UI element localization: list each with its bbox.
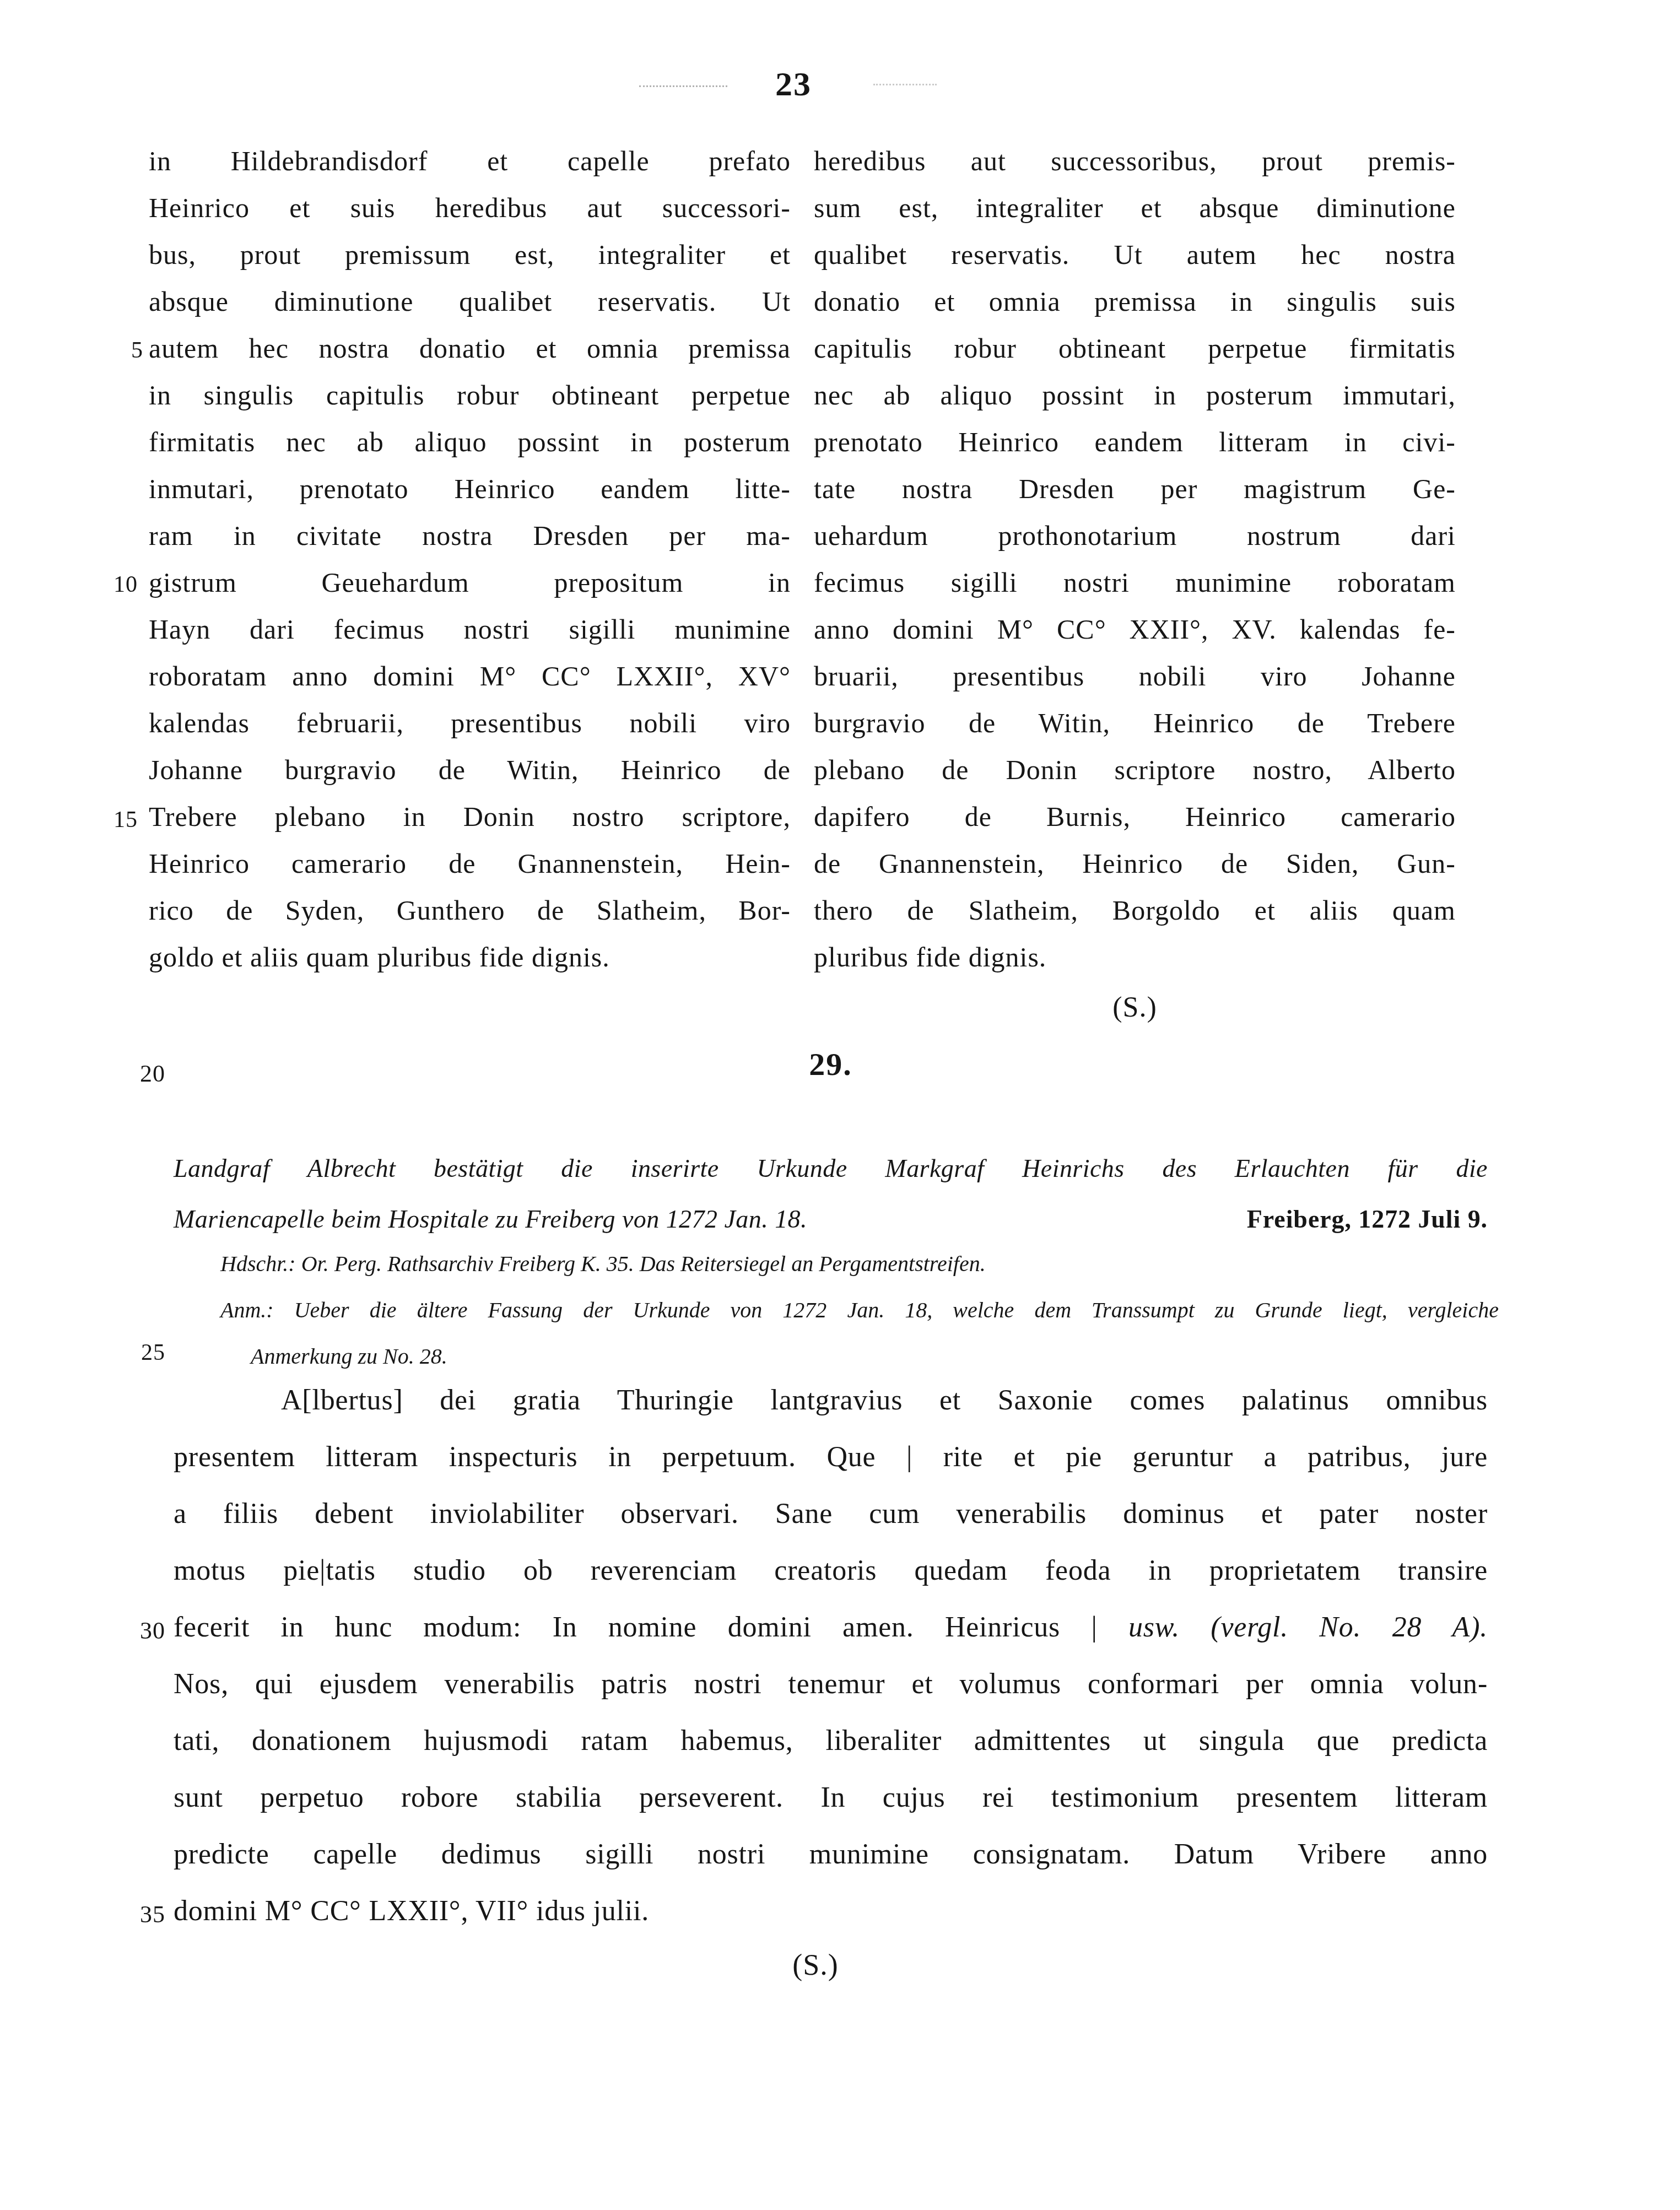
text-line: pluribus fide dignis. xyxy=(814,934,1456,981)
text-line: sum est, integraliter et absque diminuti… xyxy=(814,185,1456,231)
text-line: prenotato Heinrico eandem litteram in ci… xyxy=(814,419,1456,466)
margin-line-number-25: 25 xyxy=(105,1341,165,1364)
text-line: A[lbertus] dei gratia Thuringie lantgrav… xyxy=(174,1372,1488,1429)
text-line: kalendas februarii, presentibus nobili v… xyxy=(149,700,791,747)
text-line: anno domini M° CC° XXII°, XV. kalendas f… xyxy=(814,606,1456,653)
text-line: de Gnannenstein, Heinrico de Siden, Gun- xyxy=(814,840,1456,887)
charter-notes: Hdschr.: Or. Perg. Rathsarchiv Freiberg … xyxy=(220,1241,1499,1380)
text-line: Heinrico et suis heredibus aut successor… xyxy=(149,185,791,231)
text-line: autem hec nostra donatio et omnia premis… xyxy=(149,325,791,372)
text-line: Trebere plebano in Donin nostro scriptor… xyxy=(149,793,791,840)
text-line: burgravio de Witin, Heinrico de Trebere xyxy=(814,700,1456,747)
text-line: qualibet reservatis. Ut autem hec nostra xyxy=(814,231,1456,278)
text-line: gistrum Geuehardum prepositum in xyxy=(149,559,791,606)
text-line: plebano de Donin scriptore nostro, Alber… xyxy=(814,747,1456,793)
charter-heading-number: 29. xyxy=(174,1046,1488,1083)
scan-artifact xyxy=(873,84,937,85)
note-hdschr: Hdschr.: Or. Perg. Rathsarchiv Freiberg … xyxy=(220,1241,1499,1287)
text-line: donatio et omnia premissa in singulis su… xyxy=(814,278,1456,325)
page-number: 23 xyxy=(738,65,849,104)
text-line: Johanne burgravio de Witin, Heinrico de xyxy=(149,747,791,793)
text-line: sunt perpetuo robore stabilia perseveren… xyxy=(174,1769,1488,1826)
text-line: domini M° CC° LXXII°, VII° idus julii. xyxy=(174,1883,1488,1939)
text-line: absque diminutione qualibet reservatis. … xyxy=(149,278,791,325)
text-line: Heinrico camerario de Gnannenstein, Hein… xyxy=(149,840,791,887)
text-line: heredibus aut successoribus, prout premi… xyxy=(814,138,1456,185)
body-line-italic: usw. (vergl. No. 28 A). xyxy=(1128,1612,1488,1643)
charter-summary: Landgraf Albrecht bestätigt die inserirt… xyxy=(174,1143,1488,1245)
text-line: dapifero de Burnis, Heinrico camerario xyxy=(814,793,1456,840)
text-line: uehardum prothonotarium nostrum dari xyxy=(814,512,1456,559)
margin-line-number-20: 20 xyxy=(105,1062,165,1085)
text-line: Hayn dari fecimus nostri sigilli munimin… xyxy=(149,606,791,653)
text-line: bus, prout premissum est, integraliter e… xyxy=(149,231,791,278)
text-line: motus pie|tatis studio ob reverenciam cr… xyxy=(174,1542,1488,1599)
text-line: thero de Slatheim, Borgoldo et aliis qua… xyxy=(814,887,1456,934)
text-line: capitulis robur obtineant perpetue firmi… xyxy=(814,325,1456,372)
margin-line-number-30: 30 xyxy=(105,1619,165,1642)
text-line: ram in civitate nostra Dresden per ma- xyxy=(149,512,791,559)
seal-mark: (S.) xyxy=(174,1948,1457,1982)
text-line: in singulis capitulis robur obtineant pe… xyxy=(149,372,791,419)
text-line: predicte capelle dedimus sigilli nostri … xyxy=(174,1826,1488,1883)
text-line: fecimus sigilli nostri munimine roborata… xyxy=(814,559,1456,606)
text-line: tati, donationem hujusmodi ratam habemus… xyxy=(174,1712,1488,1769)
text-line: rico de Syden, Gunthero de Slatheim, Bor… xyxy=(149,887,791,934)
text-line: firmitatis nec ab aliquo possint in post… xyxy=(149,419,791,466)
text-line: nec ab aliquo possint in posterum immuta… xyxy=(814,372,1456,419)
summary-line: Mariencapelle beim Hospitale zu Freiberg… xyxy=(174,1194,807,1245)
note-anm: Anm.: Ueber die ältere Fassung der Urkun… xyxy=(220,1287,1499,1333)
text-line: a filiis debent inviolabiliter observari… xyxy=(174,1485,1488,1542)
text-line: goldo et aliis quam pluribus fide dignis… xyxy=(149,934,791,981)
margin-line-number-5: 5 xyxy=(83,339,143,362)
text-line: roboratam anno domini M° CC° LXXII°, XV° xyxy=(149,653,791,700)
charter-right-column: heredibus aut successoribus, prout premi… xyxy=(814,138,1456,1031)
charter-body: A[lbertus] dei gratia Thuringie lantgrav… xyxy=(174,1372,1488,1939)
margin-line-number-15: 15 xyxy=(77,808,138,831)
charter-left-column: in Hildebrandisdorf et capelle prefato H… xyxy=(149,138,791,981)
text-line: in Hildebrandisdorf et capelle prefato xyxy=(149,138,791,185)
margin-line-number-35: 35 xyxy=(105,1903,165,1926)
scan-artifact xyxy=(639,85,727,87)
text-line: presentem litteram inspecturis in perpet… xyxy=(174,1429,1488,1485)
text-line: fecerit in hunc modum: In nomine domini … xyxy=(174,1599,1488,1656)
summary-line: Landgraf Albrecht bestätigt die inserirt… xyxy=(174,1143,1488,1194)
seal-mark: (S.) xyxy=(814,984,1456,1031)
text-line: bruarii, presentibus nobili viro Johanne xyxy=(814,653,1456,700)
margin-line-number-10: 10 xyxy=(77,573,138,596)
charter-date-place: Freiberg, 1272 Juli 9. xyxy=(1247,1194,1488,1245)
body-line-main: fecerit in hunc modum: In nomine domini … xyxy=(174,1612,1128,1643)
text-line: inmutari, prenotato Heinrico eandem litt… xyxy=(149,466,791,512)
text-line: Nos, qui ejusdem venerabilis patris nost… xyxy=(174,1656,1488,1712)
text-line: tate nostra Dresden per magistrum Ge- xyxy=(814,466,1456,512)
